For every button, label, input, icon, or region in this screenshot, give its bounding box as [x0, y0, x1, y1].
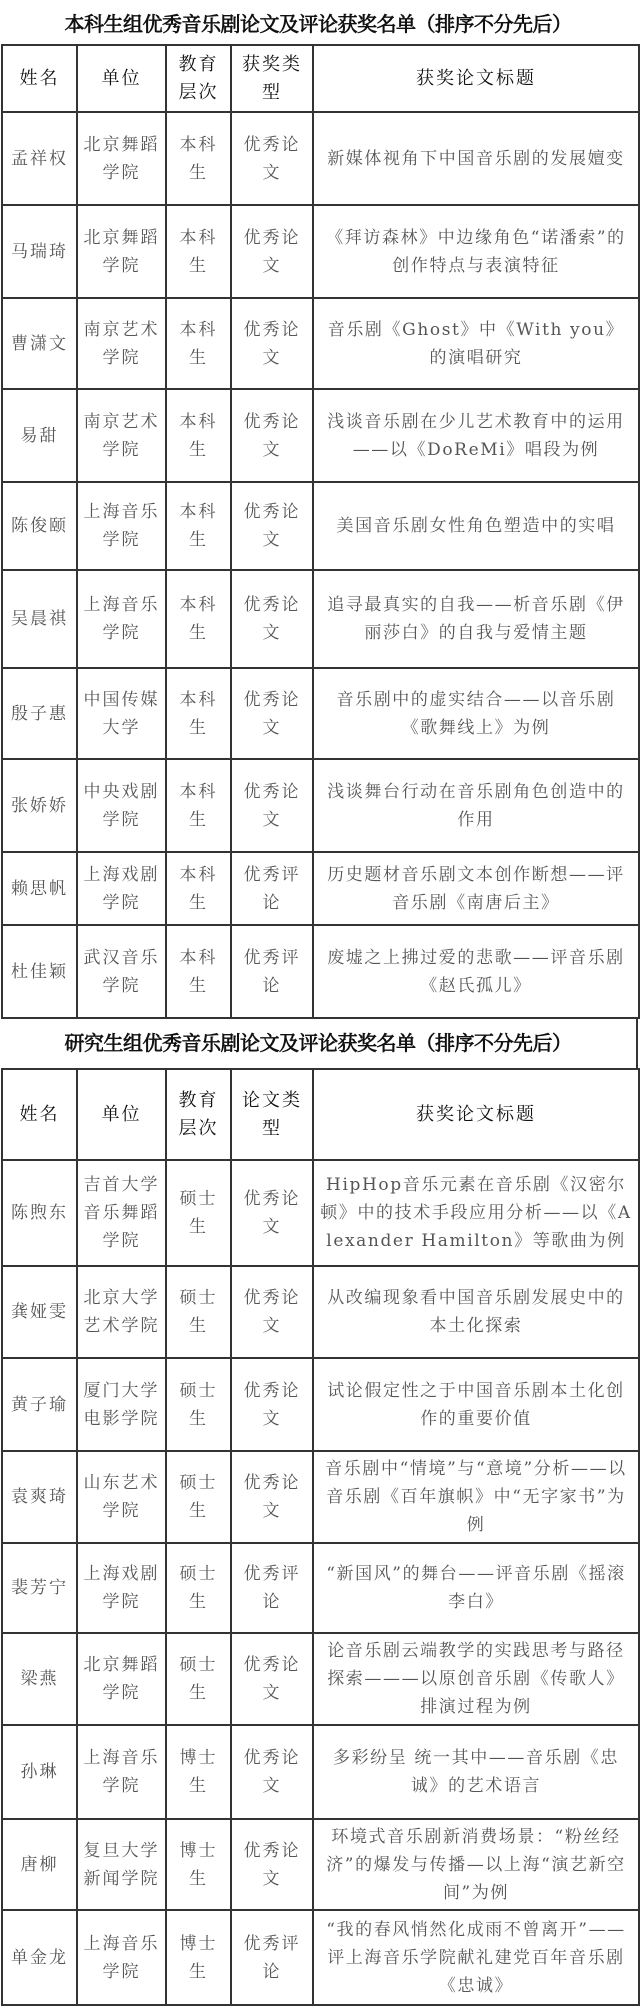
cell-paper-title: 多彩纷呈 统一其中——音乐剧《忠诚》的艺术语言 — [313, 1725, 639, 1819]
cell-unit: 上海戏剧学院 — [77, 852, 166, 925]
cell-paper-title: 浅谈音乐剧在少儿艺术教育中的运用——以《DoReMi》唱段为例 — [313, 389, 639, 482]
cell-type: 优秀论文 — [231, 482, 313, 570]
cell-name: 唐柳 — [2, 1819, 77, 1910]
cell-unit: 山东艺术学院 — [77, 1451, 166, 1543]
cell-type: 优秀论文 — [231, 1725, 313, 1819]
cell-level: 硕士生 — [166, 1451, 231, 1543]
cell-paper-title: 浅谈舞台行动在音乐剧角色创造中的作用 — [313, 759, 639, 852]
cell-name: 袁爽琦 — [2, 1451, 77, 1543]
cell-type: 优秀论文 — [231, 1266, 313, 1358]
cell-unit: 武汉音乐学院 — [77, 925, 166, 1018]
header-level: 教育层次 — [166, 1069, 231, 1160]
cell-name: 殷子惠 — [2, 668, 77, 759]
cell-paper-title: 美国音乐剧女性角色塑造中的实唱 — [313, 482, 639, 570]
cell-name: 吴晨祺 — [2, 570, 77, 668]
cell-unit: 南京艺术学院 — [77, 389, 166, 482]
graduate-title: 研究生组优秀音乐剧论文及评论获奖名单（排序不分先后） — [0, 1018, 638, 1068]
cell-type: 优秀评论 — [231, 1543, 313, 1633]
cell-type: 优秀评论 — [231, 925, 313, 1018]
cell-paper-title: 音乐剧中的虚实结合——以音乐剧《歌舞线上》为例 — [313, 668, 639, 759]
cell-paper-title: 历史题材音乐剧文本创作断想——评音乐剧《南唐后主》 — [313, 852, 639, 925]
cell-name: 陈煦东 — [2, 1160, 77, 1266]
table-row: 易甜 南京艺术学院 本科生 优秀论文 浅谈音乐剧在少儿艺术教育中的运用——以《D… — [2, 389, 639, 482]
cell-type: 优秀论文 — [231, 1633, 313, 1725]
cell-name: 杜佳颖 — [2, 925, 77, 1018]
cell-name: 黄子瑜 — [2, 1358, 77, 1451]
cell-type: 优秀论文 — [231, 1819, 313, 1910]
table-row: 赖思帆 上海戏剧学院 本科生 优秀评论 历史题材音乐剧文本创作断想——评音乐剧《… — [2, 852, 639, 925]
cell-name: 张娇娇 — [2, 759, 77, 852]
cell-type: 优秀论文 — [231, 389, 313, 482]
cell-type: 优秀论文 — [231, 1358, 313, 1451]
cell-unit: 上海音乐学院 — [77, 570, 166, 668]
table-row: 黄子瑜 厦门大学电影学院 硕士生 优秀论文 试论假定性之于中国音乐剧本土化创作的… — [2, 1358, 639, 1451]
cell-paper-title: 从改编现象看中国音乐剧发展史中的本土化探索 — [313, 1266, 639, 1358]
cell-type: 优秀论文 — [231, 1451, 313, 1543]
cell-type: 优秀论文 — [231, 205, 313, 298]
cell-name: 裴芳宁 — [2, 1543, 77, 1633]
table-row: 杜佳颖 武汉音乐学院 本科生 优秀评论 废墟之上拂过爱的悲歌——评音乐剧《赵氏孤… — [2, 925, 639, 1018]
cell-name: 孟祥权 — [2, 112, 77, 205]
table-row: 张娇娇 中央戏剧学院 本科生 优秀论文 浅谈舞台行动在音乐剧角色创造中的作用 — [2, 759, 639, 852]
cell-level: 本科生 — [166, 668, 231, 759]
table-header-row: 姓名 单位 教育层次 获奖类型 获奖论文标题 — [2, 45, 639, 112]
header-type: 获奖类型 — [231, 45, 313, 112]
cell-unit: 上海音乐学院 — [77, 482, 166, 570]
cell-level: 本科生 — [166, 759, 231, 852]
cell-paper-title: 新媒体视角下中国音乐剧的发展嬗变 — [313, 112, 639, 205]
cell-type: 优秀评论 — [231, 852, 313, 925]
cell-level: 本科生 — [166, 112, 231, 205]
table-header-row: 姓名 单位 教育层次 论文类型 获奖论文标题 — [2, 1069, 639, 1160]
cell-unit: 北京舞蹈学院 — [77, 205, 166, 298]
cell-unit: 北京舞蹈学院 — [77, 1633, 166, 1725]
cell-level: 硕士生 — [166, 1543, 231, 1633]
cell-unit: 吉首大学音乐舞蹈学院 — [77, 1160, 166, 1266]
cell-paper-title: 废墟之上拂过爱的悲歌——评音乐剧《赵氏孤儿》 — [313, 925, 639, 1018]
cell-unit: 复旦大学新闻学院 — [77, 1819, 166, 1910]
table-row: 吴晨祺 上海音乐学院 本科生 优秀论文 追寻最真实的自我——析音乐剧《伊丽莎白》… — [2, 570, 639, 668]
table-row: 孟祥权 北京舞蹈学院 本科生 优秀论文 新媒体视角下中国音乐剧的发展嬗变 — [2, 112, 639, 205]
cell-level: 本科生 — [166, 389, 231, 482]
table-row: 陈俊颐 上海音乐学院 本科生 优秀论文 美国音乐剧女性角色塑造中的实唱 — [2, 482, 639, 570]
cell-name: 梁燕 — [2, 1633, 77, 1725]
cell-level: 硕士生 — [166, 1358, 231, 1451]
cell-level: 博士生 — [166, 1725, 231, 1819]
cell-type: 优秀论文 — [231, 759, 313, 852]
cell-paper-title: 试论假定性之于中国音乐剧本土化创作的重要价值 — [313, 1358, 639, 1451]
cell-name: 龚娅雯 — [2, 1266, 77, 1358]
cell-name: 陈俊颐 — [2, 482, 77, 570]
cell-level: 本科生 — [166, 925, 231, 1018]
table-row: 梁燕 北京舞蹈学院 硕士生 优秀论文 论音乐剧云端教学的实践思考与路径探索———… — [2, 1633, 639, 1725]
cell-paper-title: 环境式音乐剧新消费场景：“粉丝经济”的爆发与传播—以上海“演艺新空间”为例 — [313, 1819, 639, 1910]
table-row: 孙琳 上海音乐学院 博士生 优秀论文 多彩纷呈 统一其中——音乐剧《忠诚》的艺术… — [2, 1725, 639, 1819]
table-row: 曹潇文 南京艺术学院 本科生 优秀论文 音乐剧《Ghost》中《With you… — [2, 298, 639, 389]
cell-name: 孙琳 — [2, 1725, 77, 1819]
cell-unit: 南京艺术学院 — [77, 298, 166, 389]
header-unit: 单位 — [77, 45, 166, 112]
cell-paper-title: “我的春风悄然化成雨不曾离开”——评上海音乐学院献礼建党百年音乐剧《忠诚》 — [313, 1910, 639, 2005]
cell-level: 硕士生 — [166, 1266, 231, 1358]
cell-level: 博士生 — [166, 1910, 231, 2005]
cell-paper-title: 音乐剧中“情境”与“意境”分析——以音乐剧《百年旗帜》中“无字家书”为例 — [313, 1451, 639, 1543]
cell-unit: 上海戏剧学院 — [77, 1543, 166, 1633]
header-type: 论文类型 — [231, 1069, 313, 1160]
table-row: 袁爽琦 山东艺术学院 硕士生 优秀论文 音乐剧中“情境”与“意境”分析——以音乐… — [2, 1451, 639, 1543]
cell-name: 曹潇文 — [2, 298, 77, 389]
cell-unit: 中国传媒大学 — [77, 668, 166, 759]
cell-level: 本科生 — [166, 570, 231, 668]
header-name: 姓名 — [2, 1069, 77, 1160]
cell-unit: 上海音乐学院 — [77, 1910, 166, 2005]
cell-level: 本科生 — [166, 482, 231, 570]
table-row: 裴芳宁 上海戏剧学院 硕士生 优秀评论 “新国风”的舞台——评音乐剧《摇滚李白》 — [2, 1543, 639, 1633]
cell-unit: 上海音乐学院 — [77, 1725, 166, 1819]
cell-level: 本科生 — [166, 205, 231, 298]
cell-paper-title: HipHop音乐元素在音乐剧《汉密尔顿》中的技术手段应用分析——以《Alexan… — [313, 1160, 639, 1266]
cell-name: 马瑞琦 — [2, 205, 77, 298]
cell-type: 优秀论文 — [231, 668, 313, 759]
cell-level: 硕士生 — [166, 1633, 231, 1725]
cell-level: 本科生 — [166, 852, 231, 925]
table-row: 唐柳 复旦大学新闻学院 博士生 优秀论文 环境式音乐剧新消费场景：“粉丝经济”的… — [2, 1819, 639, 1910]
header-level: 教育层次 — [166, 45, 231, 112]
table-row: 单金龙 上海音乐学院 博士生 优秀评论 “我的春风悄然化成雨不曾离开”——评上海… — [2, 1910, 639, 2005]
cell-level: 博士生 — [166, 1819, 231, 1910]
cell-level: 本科生 — [166, 298, 231, 389]
cell-unit: 中央戏剧学院 — [77, 759, 166, 852]
cell-unit: 北京大学艺术学院 — [77, 1266, 166, 1358]
header-paper-title: 获奖论文标题 — [313, 1069, 639, 1160]
table-row: 陈煦东 吉首大学音乐舞蹈学院 硕士生 优秀论文 HipHop音乐元素在音乐剧《汉… — [2, 1160, 639, 1266]
table-row: 龚娅雯 北京大学艺术学院 硕士生 优秀论文 从改编现象看中国音乐剧发展史中的本土… — [2, 1266, 639, 1358]
undergrad-award-table: 姓名 单位 教育层次 获奖类型 获奖论文标题 孟祥权 北京舞蹈学院 本科生 优秀… — [1, 44, 640, 1019]
cell-name: 单金龙 — [2, 1910, 77, 2005]
cell-type: 优秀论文 — [231, 570, 313, 668]
cell-type: 优秀论文 — [231, 298, 313, 389]
cell-unit: 厦门大学电影学院 — [77, 1358, 166, 1451]
header-paper-title: 获奖论文标题 — [313, 45, 639, 112]
cell-paper-title: 音乐剧《Ghost》中《With you》的演唱研究 — [313, 298, 639, 389]
table-row: 马瑞琦 北京舞蹈学院 本科生 优秀论文 《拜访森林》中边缘角色“诺潘索”的创作特… — [2, 205, 639, 298]
cell-level: 硕士生 — [166, 1160, 231, 1266]
cell-type: 优秀论文 — [231, 1160, 313, 1266]
cell-paper-title: 论音乐剧云端教学的实践思考与路径探索———以原创音乐剧《传歌人》排演过程为例 — [313, 1633, 639, 1725]
cell-paper-title: 《拜访森林》中边缘角色“诺潘索”的创作特点与表演特征 — [313, 205, 639, 298]
cell-name: 易甜 — [2, 389, 77, 482]
cell-unit: 北京舞蹈学院 — [77, 112, 166, 205]
header-unit: 单位 — [77, 1069, 166, 1160]
cell-paper-title: 追寻最真实的自我——析音乐剧《伊丽莎白》的自我与爱情主题 — [313, 570, 639, 668]
cell-paper-title: “新国风”的舞台——评音乐剧《摇滚李白》 — [313, 1543, 639, 1633]
cell-name: 赖思帆 — [2, 852, 77, 925]
table-row: 殷子惠 中国传媒大学 本科生 优秀论文 音乐剧中的虚实结合——以音乐剧《歌舞线上… — [2, 668, 639, 759]
cell-type: 优秀评论 — [231, 1910, 313, 2005]
graduate-award-table: 姓名 单位 教育层次 论文类型 获奖论文标题 陈煦东 吉首大学音乐舞蹈学院 硕士… — [1, 1068, 640, 2006]
cell-type: 优秀论文 — [231, 112, 313, 205]
header-name: 姓名 — [2, 45, 77, 112]
undergrad-title: 本科生组优秀音乐剧论文及评论获奖名单（排序不分先后） — [0, 6, 636, 42]
